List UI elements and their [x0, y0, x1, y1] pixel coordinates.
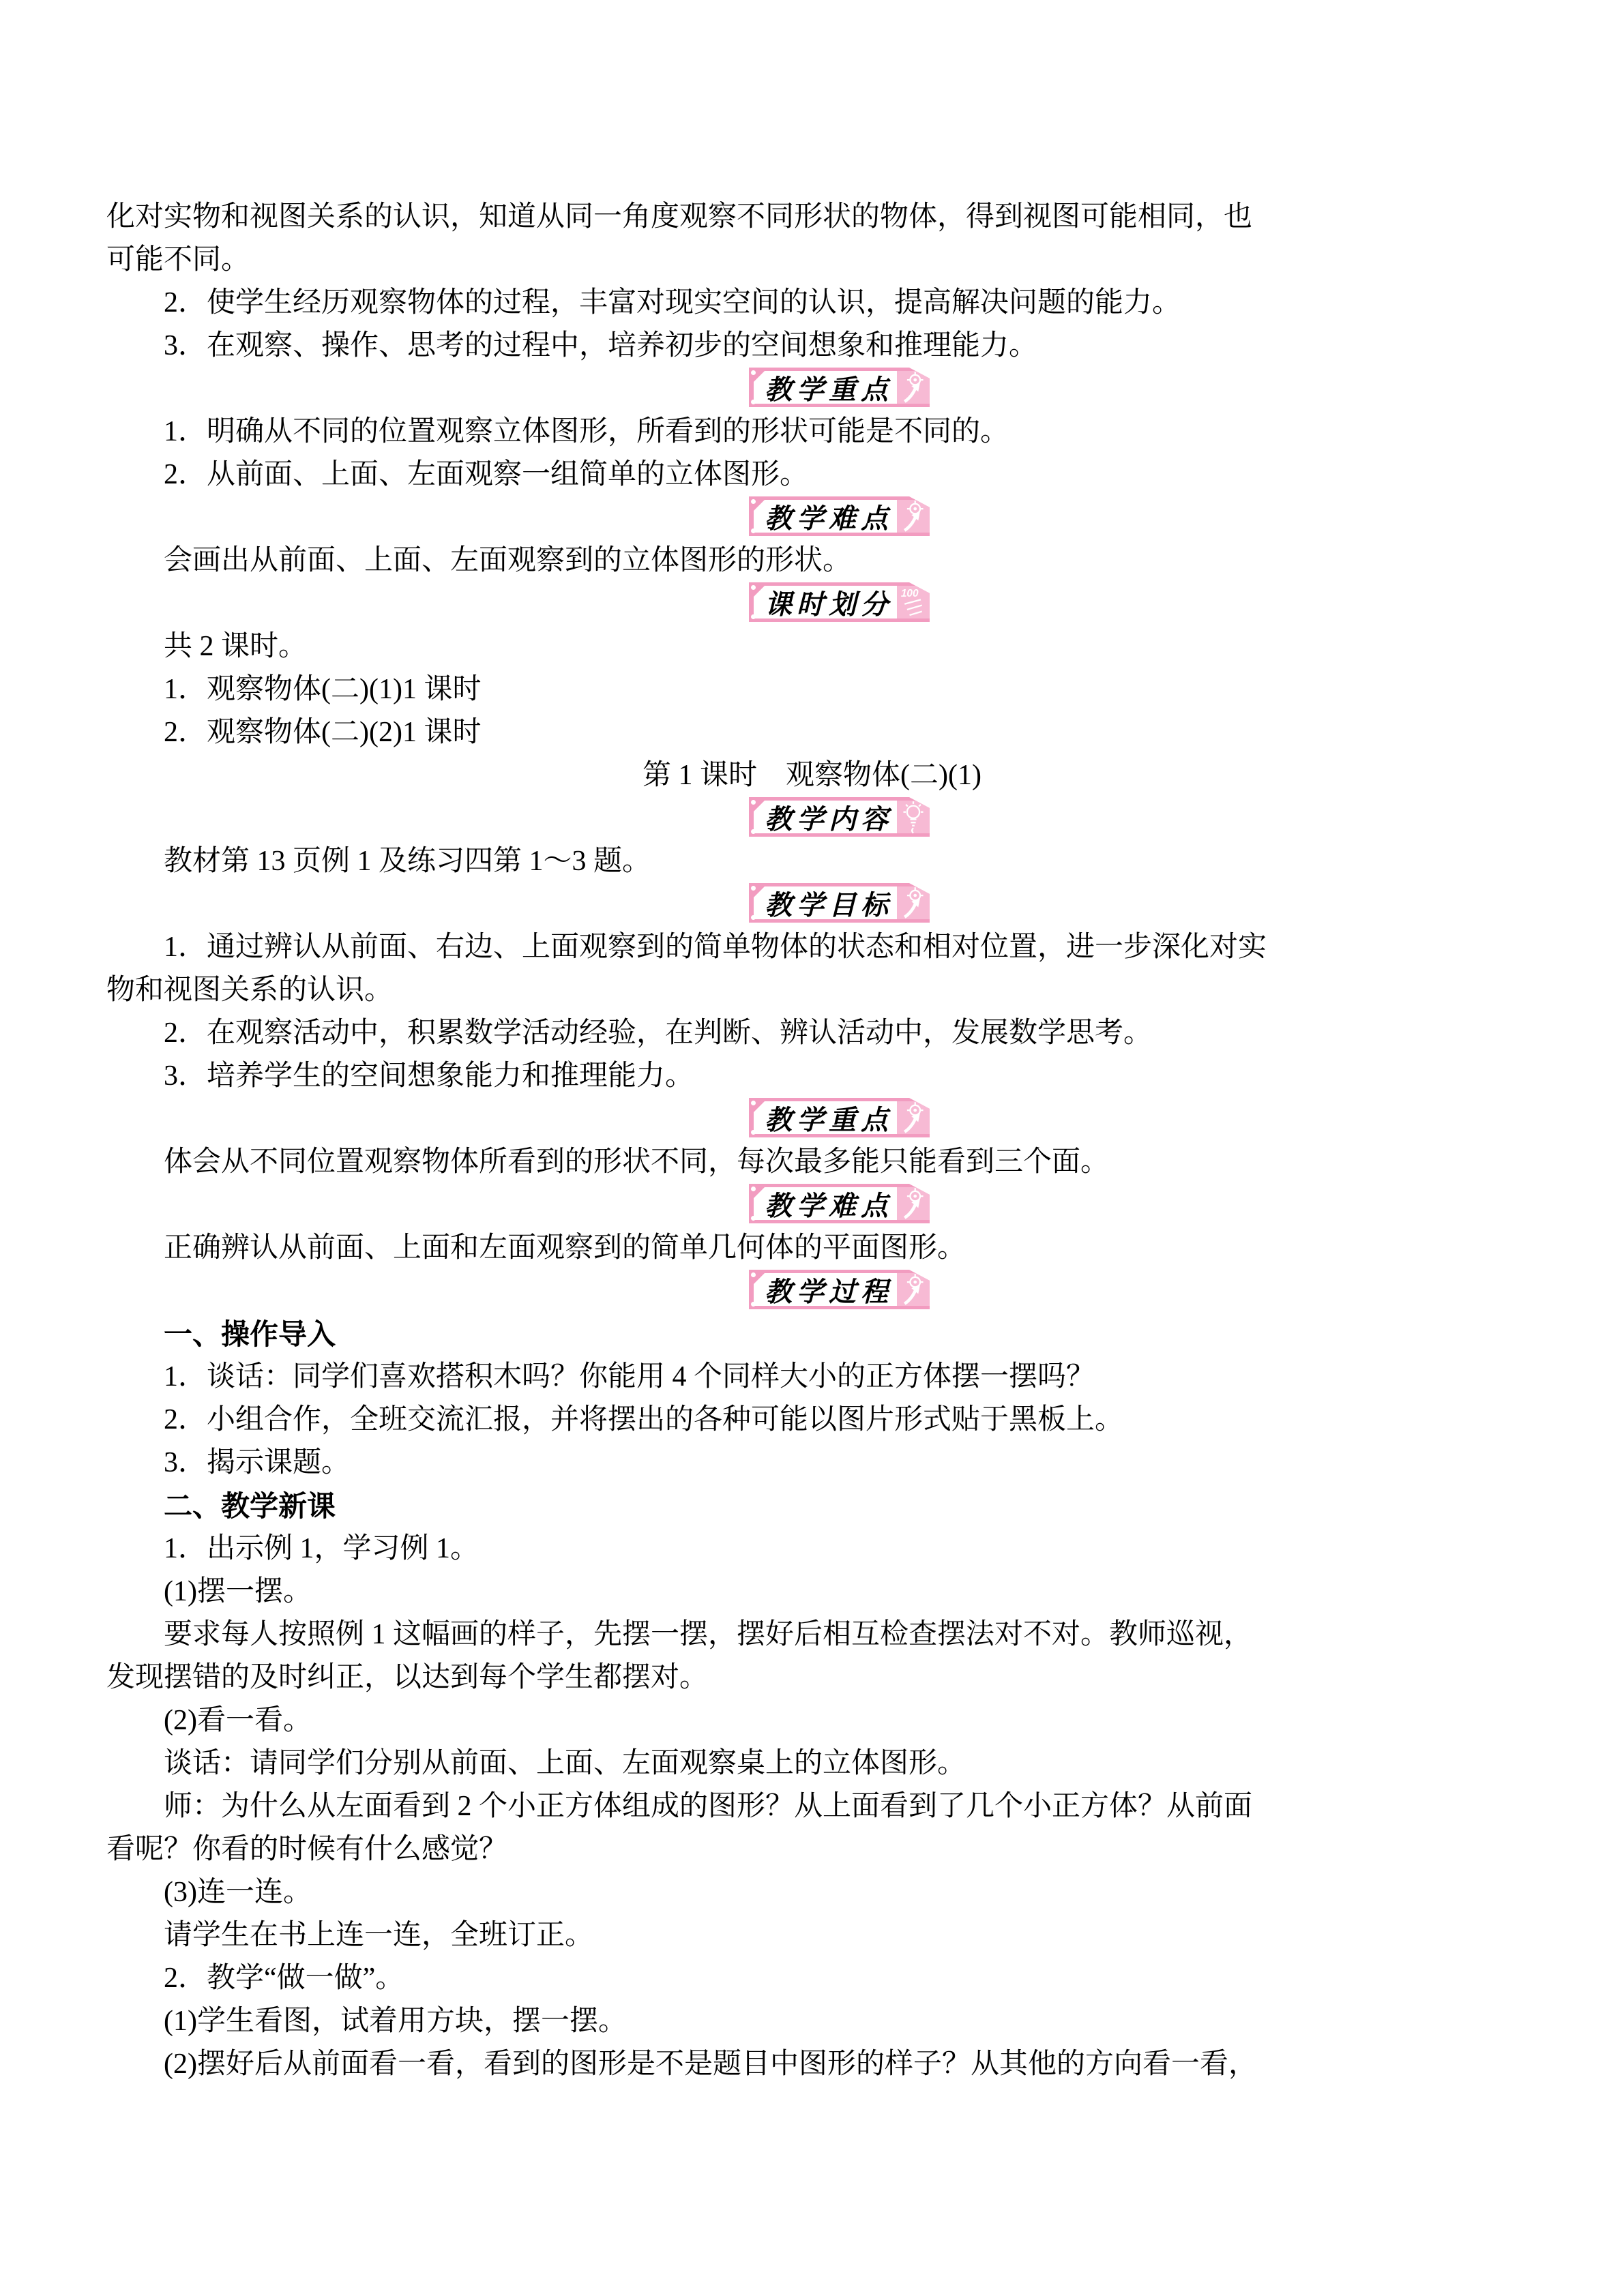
text-line: 3．培养学生的空间想象能力和推理能力。 [106, 1055, 1518, 1098]
text-line: 2．使学生经历观察物体的过程，丰富对现实空间的认识，提高解决问题的能力。 [106, 282, 1518, 325]
text-line: 体会从不同位置观察物体所看到的形状不同，每次最多能只能看到三个面。 [106, 1141, 1518, 1184]
section-badge-label: 教学难点 [754, 1187, 897, 1220]
text-line: 1．通过辨认从前面、右边、上面观察到的简单物体的状态和相对位置，进一步深化对实 [106, 926, 1518, 969]
text-line: 物和视图关系的认识。 [106, 969, 1518, 1012]
text-line: 看呢？你看的时候有什么感觉？ [106, 1828, 1518, 1871]
text-line: (3)连一连。 [106, 1871, 1518, 1914]
bulb-icon [897, 801, 930, 833]
hundred-icon: 100 [897, 586, 930, 618]
section-badge-label: 教学内容 [754, 801, 897, 833]
section-badge: 教学重点 [749, 1098, 930, 1137]
text-line: 2．教学“做一做”。 [106, 1957, 1518, 2000]
text-line: 1．观察物体(二)(1)1 课时 [106, 668, 1518, 711]
section-badge: 教学重点 [749, 368, 930, 407]
target-icon [897, 371, 930, 404]
section-badge-label: 课时划分 [754, 586, 897, 618]
target-icon [897, 1101, 930, 1134]
text-line: 1．谈话：同学们喜欢搭积木吗？你能用 4 个同样大小的正方体摆一摆吗？ [106, 1356, 1518, 1399]
svg-text:100: 100 [901, 588, 919, 599]
text-line: 谈话：请同学们分别从前面、上面、左面观察桌上的立体图形。 [106, 1742, 1518, 1785]
section-heading: 二、教学新课 [106, 1485, 1518, 1527]
text-line: 请学生在书上连一连，全班订正。 [106, 1914, 1518, 1957]
section-heading: 一、操作导入 [106, 1313, 1518, 1356]
lesson-title: 第 1 课时 观察物体(二)(1) [106, 754, 1518, 797]
document-page: 化对实物和视图关系的认识，知道从同一角度观察不同形状的物体，得到视图可能相同，也… [0, 0, 1624, 2296]
target-icon [897, 500, 930, 533]
text-line: (1)学生看图，试着用方块，摆一摆。 [106, 2000, 1518, 2043]
text-line: (1)摆一摆。 [106, 1570, 1518, 1613]
section-badge: 课时划分 100 [749, 582, 930, 622]
text-line: 2．观察物体(二)(2)1 课时 [106, 711, 1518, 754]
section-badge-label: 教学目标 [754, 886, 897, 919]
text-line: 化对实物和视图关系的认识，知道从同一角度观察不同形状的物体，得到视图可能相同，也 [106, 196, 1518, 239]
section-badge: 教学过程 [749, 1270, 930, 1309]
section-badge-label: 教学重点 [754, 1101, 897, 1134]
section-badge: 教学内容 [749, 797, 930, 837]
section-badge-label: 教学难点 [754, 500, 897, 533]
text-line: 2．在观察活动中，积累数学活动经验，在判断、辨认活动中，发展数学思考。 [106, 1012, 1518, 1055]
section-badge-label: 教学重点 [754, 371, 897, 404]
text-line: 2．从前面、上面、左面观察一组简单的立体图形。 [106, 453, 1518, 496]
text-line: 共 2 课时。 [106, 625, 1518, 668]
text-line: 师：为什么从左面看到 2 个小正方体组成的图形？从上面看到了几个小正方体？从前面 [106, 1785, 1518, 1828]
section-badge: 教学目标 [749, 883, 930, 923]
text-line: 要求每人按照例 1 这幅画的样子，先摆一摆，摆好后相互检查摆法对不对。教师巡视， [106, 1613, 1518, 1656]
section-badge: 教学难点 [749, 496, 930, 536]
text-line: 3．在观察、操作、思考的过程中，培养初步的空间想象和推理能力。 [106, 325, 1518, 368]
text-line: 2．小组合作，全班交流汇报，并将摆出的各种可能以图片形式贴于黑板上。 [106, 1399, 1518, 1442]
text-line: 正确辨认从前面、上面和左面观察到的简单几何体的平面图形。 [106, 1227, 1518, 1270]
text-line: (2)看一看。 [106, 1699, 1518, 1742]
text-line: 发现摆错的及时纠正，以达到每个学生都摆对。 [106, 1656, 1518, 1699]
target-icon [897, 1273, 930, 1306]
text-line: 可能不同。 [106, 239, 1518, 282]
text-line: 1．出示例 1，学习例 1。 [106, 1527, 1518, 1570]
text-line: 会画出从前面、上面、左面观察到的立体图形的形状。 [106, 539, 1518, 582]
target-icon [897, 1187, 930, 1220]
target-icon [897, 886, 930, 919]
text-line: 3．揭示课题。 [106, 1442, 1518, 1485]
text-line: (2)摆好后从前面看一看，看到的图形是不是题目中图形的样子？从其他的方向看一看， [106, 2043, 1518, 2086]
section-badge: 教学难点 [749, 1184, 930, 1223]
section-badge-label: 教学过程 [754, 1273, 897, 1306]
text-line: 教材第 13 页例 1 及练习四第 1～3 题。 [106, 840, 1518, 883]
text-line: 1．明确从不同的位置观察立体图形，所看到的形状可能是不同的。 [106, 411, 1518, 453]
